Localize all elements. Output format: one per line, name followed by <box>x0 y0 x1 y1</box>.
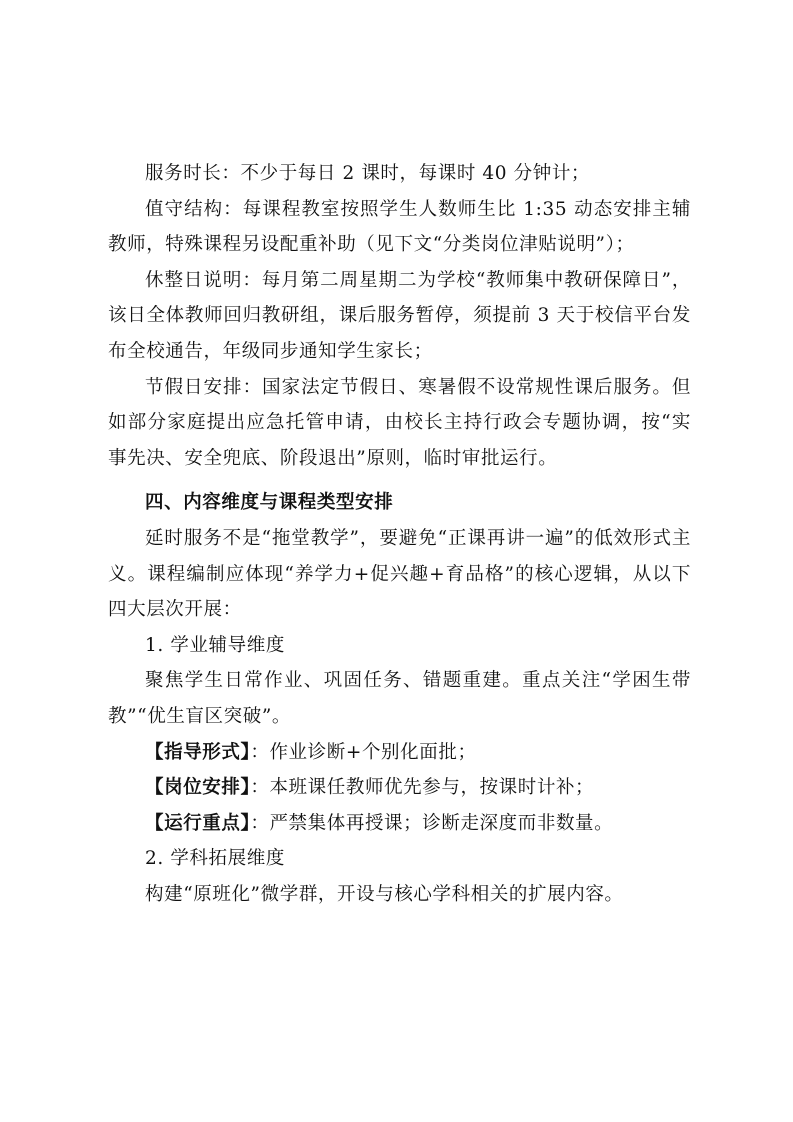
dimension-1-item-guidance: 【指导形式】：作业诊断+个别化面批； <box>108 735 691 771</box>
item-label: 【运行重点】 <box>145 813 250 834</box>
section-heading: 四、内容维度与课程类型安排 <box>108 485 691 521</box>
paragraph-holiday: 节假日安排：国家法定节假日、寒暑假不设常规性课后服务。但如部分家庭提出应急托管申… <box>108 370 691 477</box>
dimension-1-item-focus: 【运行重点】：严禁集体再授课；诊断走深度而非数量。 <box>108 806 691 842</box>
item-text: ：作业诊断+个别化面批； <box>250 742 476 763</box>
paragraph-service-duration: 服务时长：不少于每日 2 课时，每课时 40 分钟计； <box>108 156 691 192</box>
dimension-1-title: 1. 学业辅导维度 <box>108 628 691 664</box>
item-label: 【指导形式】 <box>145 742 250 763</box>
document-page: 服务时长：不少于每日 2 课时，每课时 40 分钟计； 值守结构：每课程教室按照… <box>108 156 691 912</box>
section-intro: 延时服务不是“拖堂教学”，要避免“正课再讲一遍”的低效形式主义。课程编制应体现“… <box>108 521 691 628</box>
paragraph-staffing-structure: 值守结构：每课程教室按照学生人数师生比 1:35 动态安排主辅教师，特殊课程另设… <box>108 192 691 263</box>
paragraph-rest-day: 休整日说明：每月第二周星期二为学校“教师集中教研保障日”，该日全体教师回归教研组… <box>108 263 691 370</box>
dimension-1-item-staffing: 【岗位安排】：本班课任教师优先参与，按课时计补； <box>108 770 691 806</box>
item-text: ：严禁集体再授课；诊断走深度而非数量。 <box>250 813 613 834</box>
item-label: 【岗位安排】 <box>145 777 250 798</box>
dimension-2-title: 2. 学科拓展维度 <box>108 841 691 877</box>
item-text: ：本班课任教师优先参与，按课时计补； <box>250 777 594 798</box>
dimension-1-description: 聚焦学生日常作业、巩固任务、错题重建。重点关注“学困生带教”“优生盲区突破”。 <box>108 663 691 734</box>
dimension-2-description: 构建“原班化”微学群，开设与核心学科相关的扩展内容。 <box>108 877 691 913</box>
